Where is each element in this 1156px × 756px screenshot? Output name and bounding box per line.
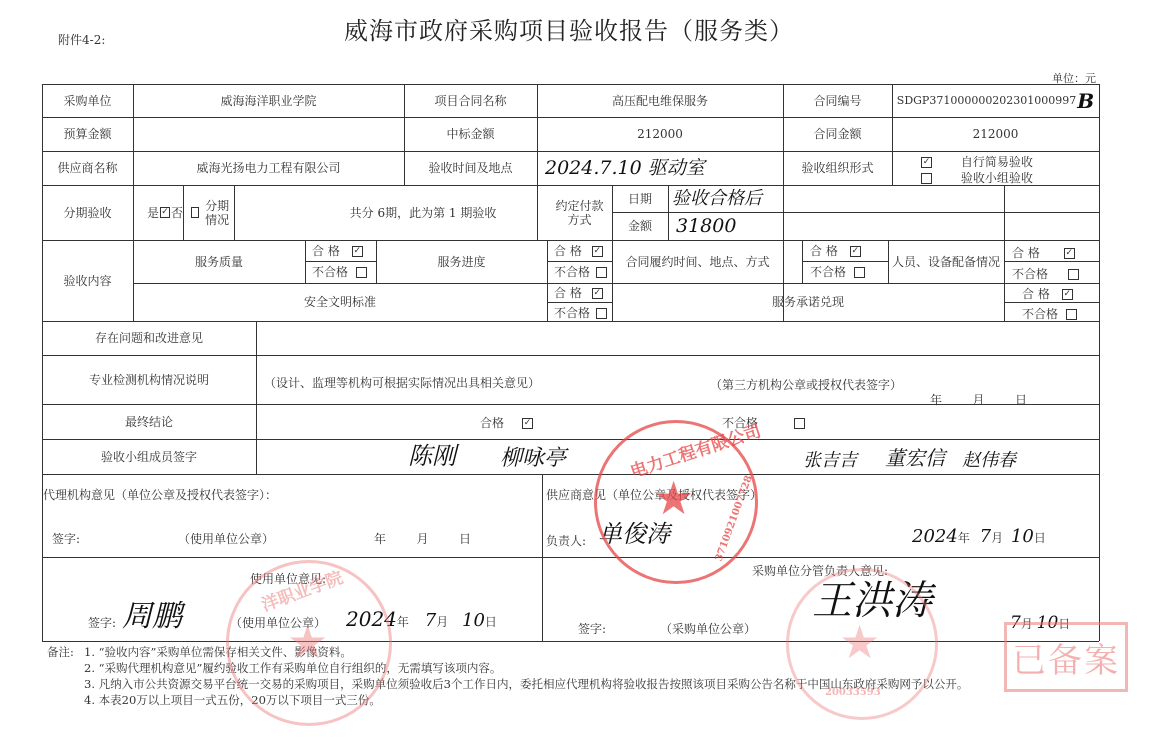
personnel-equipment-pass[interactable]: 合 格✓ bbox=[1012, 246, 1078, 260]
service-progress-fail[interactable]: 不合格 bbox=[554, 265, 610, 279]
contract-performance-fail[interactable]: 不合格 bbox=[810, 265, 868, 279]
org-option-self-label: 自行简易验收 bbox=[961, 155, 1033, 169]
supplier-date-year: 2024 bbox=[912, 526, 958, 547]
pass-label: 合 格 bbox=[554, 286, 582, 300]
service-progress-pass[interactable]: 合 格✓ bbox=[554, 244, 606, 258]
payment-date-handwritten: 验收合格后 bbox=[672, 185, 783, 212]
filed-code: 20033593 bbox=[825, 687, 881, 698]
supplier-person-label: 负责人: bbox=[546, 534, 586, 548]
team-signature-3: 张吉吉 bbox=[803, 450, 857, 472]
installment-label: 分期验收 bbox=[42, 185, 133, 240]
seal-star-icon: ★ bbox=[653, 475, 694, 521]
safety-pass-checkbox[interactable]: ✓ bbox=[592, 288, 603, 299]
contract-no-handwritten-suffix: B bbox=[1077, 94, 1094, 108]
issues-label: 存在问题和改进意见 bbox=[42, 321, 256, 355]
notes-prefix: 备注: bbox=[47, 645, 74, 659]
purchaser-seal-hint: （采购单位公章） bbox=[660, 622, 756, 636]
contract-name-label: 项目合同名称 bbox=[404, 84, 537, 117]
team-signature-4: 董宏信 bbox=[885, 446, 945, 470]
inspection-date: 年 月 日 bbox=[930, 393, 1027, 407]
fail-label: 不合格 bbox=[312, 265, 348, 279]
supplier-seal-code: 3710921007728 bbox=[714, 474, 755, 563]
inspection-sign-hint: （第三方机构公章或授权代表签字） bbox=[710, 378, 902, 392]
payment-amount-label: 金额 bbox=[612, 212, 668, 240]
supplier-date-day: 10 bbox=[1011, 526, 1034, 547]
installment-no-label: 否 bbox=[171, 206, 183, 220]
contract-amount-label: 合同金额 bbox=[783, 117, 892, 151]
purchaser-label: 采购单位 bbox=[42, 84, 133, 117]
pass-label: 合 格 bbox=[1022, 287, 1050, 301]
supplier-value: 威海光扬电力工程有限公司 bbox=[133, 151, 404, 185]
conclusion-pass-label: 合格 bbox=[480, 416, 504, 430]
fail-label: 不合格 bbox=[1022, 307, 1058, 321]
pass-label: 合 格 bbox=[554, 244, 582, 258]
supplier-opinion-date: 2024年 7月 10日 bbox=[912, 530, 1046, 545]
fail-label: 不合格 bbox=[1012, 267, 1048, 281]
acceptance-item-safety: 安全文明标准 bbox=[133, 283, 547, 321]
conclusion-label: 最终结论 bbox=[42, 404, 256, 439]
team-signature-5: 赵伟春 bbox=[962, 450, 1016, 472]
school-seal: ★ 洋职业学院 bbox=[226, 560, 392, 726]
pass-label: 合 格 bbox=[312, 244, 340, 258]
team-signature-2: 柳咏亭 bbox=[500, 446, 566, 472]
personnel-equipment-pass-checkbox[interactable]: ✓ bbox=[1064, 248, 1075, 259]
seal-star-icon: ★ bbox=[839, 619, 880, 665]
issues-value[interactable] bbox=[256, 321, 1099, 355]
installment-no-checkbox[interactable] bbox=[191, 207, 199, 218]
org-form-label: 验收组织形式 bbox=[783, 151, 892, 185]
page-title: 威海市政府采购项目验收报告（服务类） bbox=[344, 24, 794, 38]
team-sign-label: 验收小组成员签字 bbox=[42, 439, 256, 474]
safety-fail[interactable]: 不合格 bbox=[554, 306, 610, 320]
installment-situation-label: 分期情况 bbox=[200, 199, 234, 227]
team-signature-1: 陈刚 bbox=[408, 443, 456, 469]
supplier-seal-text: 电力工程有限公司 bbox=[626, 417, 763, 483]
installment-yes-checkbox[interactable]: ✓ bbox=[160, 207, 170, 218]
pass-label: 合 格 bbox=[1012, 246, 1040, 260]
bid-amount-label: 中标金额 bbox=[404, 117, 537, 151]
agency-date: 年 月 日 bbox=[374, 532, 471, 546]
safety-fail-checkbox[interactable] bbox=[596, 308, 607, 319]
budget-value bbox=[133, 117, 404, 151]
contract-performance-fail-checkbox[interactable] bbox=[854, 267, 865, 278]
safety-pass[interactable]: 合 格✓ bbox=[554, 286, 606, 300]
service-progress-fail-checkbox[interactable] bbox=[596, 267, 607, 278]
contract-performance-pass[interactable]: 合 格✓ bbox=[810, 244, 864, 258]
service-quality-pass[interactable]: 合 格✓ bbox=[312, 244, 366, 258]
personnel-equipment-fail[interactable]: 不合格 bbox=[1012, 267, 1082, 281]
user-date-month: 7 bbox=[425, 610, 436, 631]
payment-date-label: 日期 bbox=[612, 185, 668, 212]
payment-amount-handwritten: 31800 bbox=[676, 212, 783, 240]
agency-sign-label: 签字: bbox=[52, 532, 80, 546]
commitment-fail[interactable]: 不合格 bbox=[1022, 307, 1080, 321]
acceptance-item-service-progress: 服务进度 bbox=[376, 240, 547, 283]
conclusion-pass-checkbox[interactable]: ✓ bbox=[522, 418, 533, 429]
inspection-hint: （设计、监理等机构可根据实际情况出具相关意见） bbox=[264, 376, 540, 390]
school-seal-text: 洋职业学院 bbox=[257, 563, 345, 616]
purchaser-seal: ★ 20033593 bbox=[786, 568, 938, 720]
org-option-team-checkbox[interactable] bbox=[921, 173, 932, 184]
personnel-equipment-fail-checkbox[interactable] bbox=[1068, 269, 1079, 280]
acceptance-item-commitment: 服务承诺兑现 bbox=[612, 283, 1004, 321]
contract-no-text: SDGP371000000202301000997 bbox=[897, 94, 1077, 108]
installment-situation: 分期情况 bbox=[183, 185, 234, 240]
commitment-pass[interactable]: 合 格✓ bbox=[1022, 287, 1076, 301]
org-option-self[interactable]: ✓ 自行简易验收 bbox=[918, 155, 1033, 169]
acceptance-label: 验收内容 bbox=[42, 240, 133, 321]
time-place-handwritten: 2024.7.10 驱动室 bbox=[545, 151, 783, 185]
org-option-self-checkbox[interactable]: ✓ bbox=[921, 157, 932, 168]
acceptance-item-personnel-equipment: 人员、设备配备情况 bbox=[888, 240, 1004, 283]
supplier-date-month: 7 bbox=[980, 526, 991, 547]
contract-performance-pass-checkbox[interactable]: ✓ bbox=[850, 246, 861, 257]
service-quality-pass-checkbox[interactable]: ✓ bbox=[352, 246, 363, 257]
fail-label: 不合格 bbox=[554, 265, 590, 279]
conclusion-pass[interactable]: 合格✓ bbox=[480, 416, 536, 430]
user-signature: 周鹏 bbox=[122, 600, 182, 634]
contract-name-value: 高压配电维保服务 bbox=[537, 84, 783, 117]
org-option-team[interactable]: 验收小组验收 bbox=[918, 171, 1033, 185]
budget-label: 预算金额 bbox=[42, 117, 133, 151]
fail-label: 不合格 bbox=[554, 306, 590, 320]
supplier-label: 供应商名称 bbox=[42, 151, 133, 185]
acceptance-item-service-quality: 服务质量 bbox=[133, 240, 305, 283]
commitment-fail-checkbox[interactable] bbox=[1066, 309, 1077, 320]
acceptance-item-contract-performance: 合同履约时间、地点、方式 bbox=[612, 240, 783, 283]
contract-no-label: 合同编号 bbox=[783, 84, 892, 117]
attachment-label: 附件4-2: bbox=[58, 33, 105, 47]
fail-label: 不合格 bbox=[810, 265, 846, 279]
purchaser-sign-label: 签字: bbox=[578, 622, 606, 636]
contract-amount-value: 212000 bbox=[892, 117, 1099, 151]
commitment-pass-checkbox[interactable]: ✓ bbox=[1062, 289, 1073, 300]
inspection-label: 专业检测机构情况说明 bbox=[42, 355, 256, 404]
conclusion-fail-checkbox[interactable] bbox=[794, 418, 805, 429]
pass-label: 合 格 bbox=[810, 244, 838, 258]
filed-stamp: 已备案 bbox=[1004, 622, 1128, 692]
installment-yes-no: 是 ✓ 否 bbox=[133, 185, 183, 240]
bid-amount-value: 212000 bbox=[537, 117, 783, 151]
time-place-label: 验收时间及地点 bbox=[404, 151, 537, 185]
user-sign-label: 签字: bbox=[88, 616, 116, 630]
user-date-day: 10 bbox=[462, 610, 485, 631]
agency-seal-hint: （使用单位公章） bbox=[178, 532, 274, 546]
contract-no-value: SDGP371000000202301000997 B bbox=[892, 84, 1099, 117]
purchaser-value: 威海海洋职业学院 bbox=[133, 84, 404, 117]
agency-opinion-label: 代理机构意见（单位公章及授权代表签字）： bbox=[43, 488, 277, 502]
seal-star-icon: ★ bbox=[287, 619, 328, 665]
payment-method-label: 约定付款方式 bbox=[547, 185, 612, 240]
supplier-company-seal: ★ 电力工程有限公司 3710921007728 bbox=[594, 420, 758, 584]
service-quality-fail-checkbox[interactable] bbox=[356, 267, 367, 278]
service-progress-pass-checkbox[interactable]: ✓ bbox=[592, 246, 603, 257]
service-quality-fail[interactable]: 不合格 bbox=[312, 265, 370, 279]
installment-yes-label: 是 bbox=[147, 206, 159, 220]
org-option-team-label: 验收小组验收 bbox=[961, 171, 1033, 185]
